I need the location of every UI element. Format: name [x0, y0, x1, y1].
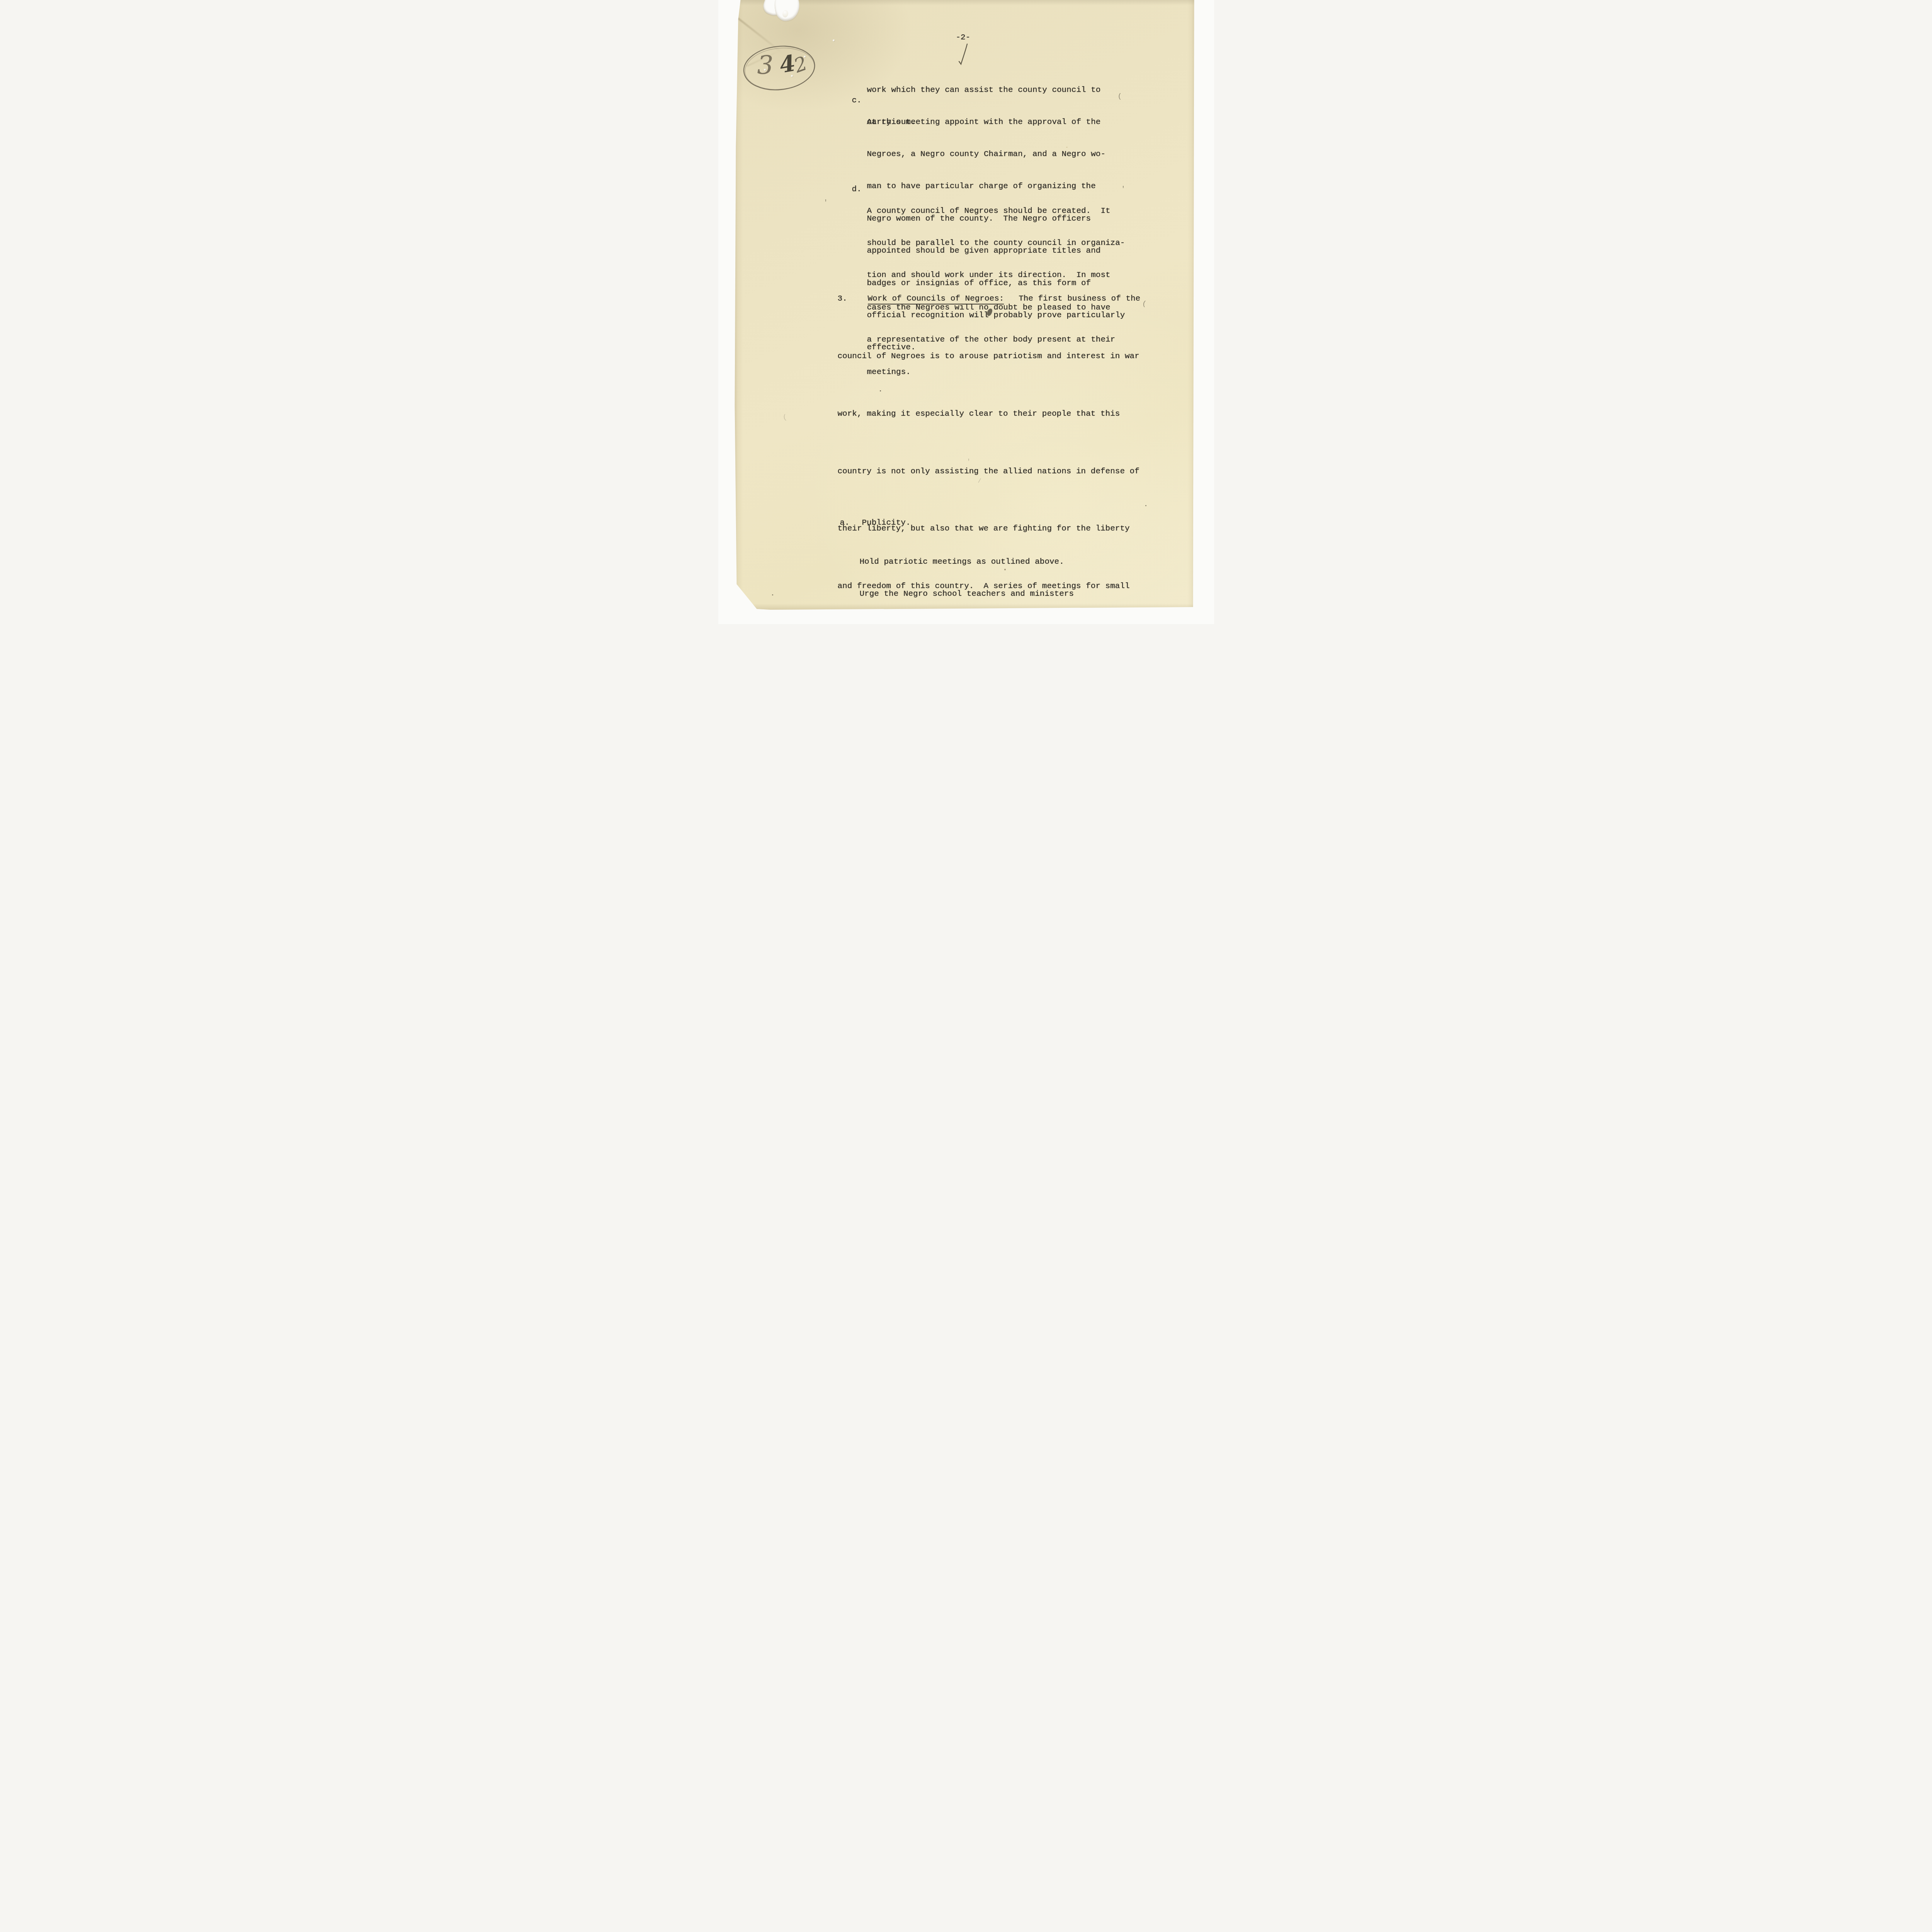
text-line: Hold patriotic meetings as outlined abov… [860, 557, 1074, 568]
text-line: council of Negroes is to arouse patrioti… [838, 347, 1166, 366]
stray-mark: ' [1121, 185, 1126, 193]
page-number: -2- [956, 33, 971, 42]
item-c-marker: c. [852, 95, 862, 106]
section-3-heading: Work of Councils of Negroes: [868, 294, 1004, 304]
text-line: to talk on patriotism. [860, 621, 1074, 624]
stray-mark: ' [824, 199, 828, 207]
text-line: country is not only assisting the allied… [838, 462, 1166, 481]
list-a-marker: a. [840, 518, 850, 529]
publicity-detail-lines: Hold patriotic meetings as outlined abov… [860, 535, 1074, 624]
text-line: A county council of Negroes should be cr… [867, 206, 1125, 217]
stray-mark: ( [1141, 300, 1146, 308]
paper-speck [880, 390, 881, 391]
text-line: Urge the Negro school teachers and minis… [860, 589, 1074, 600]
document-page: 3 4 2 -2- work which they can assist the… [734, 0, 1194, 610]
annotation-digit-3: 3 [757, 50, 773, 80]
pencil-slash-path [959, 44, 967, 64]
pencil-circle-342: 3 4 2 [738, 39, 820, 99]
text-line: work, making it especially clear to thei… [838, 405, 1166, 424]
paper-speck [1066, 147, 1068, 148]
scan-background: 3 4 2 -2- work which they can assist the… [718, 0, 1214, 624]
section-3-first-line: 3.Work of Councils of Negroes: The first… [838, 289, 1166, 309]
text-line: Negroes, a Negro county Chairman, and a … [867, 149, 1125, 160]
paper-speck [927, 270, 929, 271]
paper-speck [1145, 505, 1146, 506]
list-a-label: Publicity. [862, 518, 911, 529]
stray-mark: / [978, 478, 981, 485]
paper-dimple [833, 39, 835, 42]
section-3-number: 3. [838, 289, 868, 309]
section-3-first-line-rest: The first business of the [1004, 294, 1140, 303]
text-line: work which they can assist the county co… [867, 85, 1101, 96]
stray-mark: ( [782, 413, 787, 422]
stray-mark: ( [1118, 93, 1122, 100]
paper-speck [772, 594, 773, 595]
item-d-marker: d. [852, 184, 862, 195]
text-line: should be parallel to the county council… [867, 238, 1125, 249]
text-line: At this meeting appoint with the approva… [867, 117, 1125, 128]
stray-mark: ' [967, 458, 971, 466]
paper-speck [1004, 569, 1006, 570]
